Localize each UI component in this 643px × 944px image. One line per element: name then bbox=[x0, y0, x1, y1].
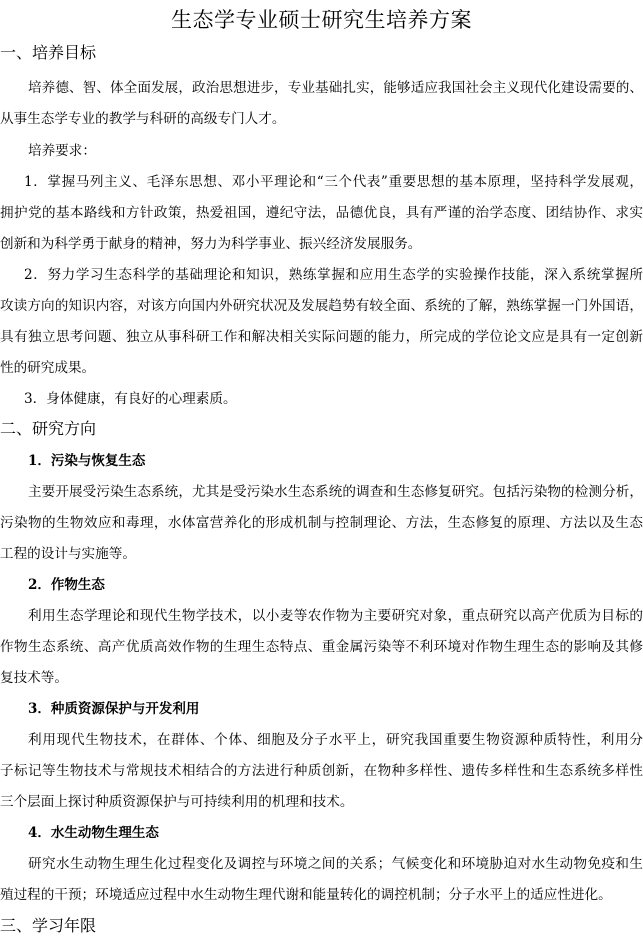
direction-title: 2．作物生态 bbox=[28, 575, 105, 595]
requirement-line: 1．掌握马列主义、毛泽东思想、邓小平理论和“三个代表”重要思想的基本原理，坚持科… bbox=[24, 172, 643, 192]
requirement-line: 2．努力学习生态科学的基础理论和知识，熟练掌握和应用生态学的实验操作技能，深入系… bbox=[24, 265, 643, 285]
direction-title: 4．水生动物生理生态 bbox=[28, 823, 159, 843]
direction-title: 1．污染与恢复生态 bbox=[28, 451, 145, 471]
requirement-line: 性的研究成果。 bbox=[0, 358, 643, 378]
direction-line: 复技术等。 bbox=[0, 668, 643, 688]
direction-line: 作物生态系统、高产优质高效作物的生理生态特点、重金属污染等不利环境对作物生理生态… bbox=[0, 637, 643, 657]
document-title: 生态学专业硕士研究生培养方案 bbox=[0, 6, 643, 34]
section-heading-duration: 三、学习年限 bbox=[0, 915, 96, 937]
direction-line: 研究水生动物生理生化过程变化及调控与环境之间的关系；气候变化和环境胁迫对水生动物… bbox=[28, 854, 643, 874]
requirement-line: 3．身体健康，有良好的心理素质。 bbox=[24, 389, 643, 409]
direction-line: 利用现代生物技术，在群体、个体、细胞及分子水平上，研究我国重要生物资源种质特性，… bbox=[28, 730, 643, 750]
section-heading-goals: 一、培养目标 bbox=[0, 42, 96, 64]
section-heading-directions: 二、研究方向 bbox=[0, 418, 96, 440]
requirement-line: 创新和为科学勇于献身的精神，努力为科学事业、振兴经济发展服务。 bbox=[0, 234, 643, 254]
direction-line: 污染物的生物效应和毒理，水体富营养化的形成机制与控制理论、方法，生态修复的原理、… bbox=[0, 513, 643, 533]
requirement-line: 拥护党的基本路线和方针政策，热爱祖国，遵纪守法，品德优良，具有严谨的治学态度、团… bbox=[0, 203, 643, 223]
paragraph-line: 培养德、智、体全面发展，政治思想进步，专业基础扎实，能够适应我国社会主义现代化建… bbox=[28, 78, 643, 98]
direction-line: 殖过程的干预；环境适应过程中水生动物生理代谢和能量转化的调控机制；分子水平上的适… bbox=[0, 885, 643, 905]
requirement-line: 攻读方向的知识内容，对该方向国内外研究状况及发展趋势有较全面、系统的了解，熟练掌… bbox=[0, 296, 643, 316]
direction-line: 主要开展受污染生态系统，尤其是受污染水生态系统的调查和生态修复研究。包括污染物的… bbox=[28, 482, 643, 502]
document-page: 生态学专业硕士研究生培养方案 一、培养目标 培养德、智、体全面发展，政治思想进步… bbox=[0, 0, 643, 944]
requirement-line: 具有独立思考问题、独立从事科研工作和解决相关实际问题的能力，所完成的学位论文应是… bbox=[0, 327, 643, 347]
direction-line: 三个层面上探讨种质资源保护与可持续利用的机理和技术。 bbox=[0, 792, 643, 812]
requirements-label: 培养要求： bbox=[28, 141, 643, 161]
paragraph-line: 从事生态学专业的教学与科研的高级专门人才。 bbox=[0, 109, 643, 129]
direction-line: 利用生态学理论和现代生物学技术，以小麦等农作物为主要研究对象，重点研究以高产优质… bbox=[28, 606, 643, 626]
direction-line: 工程的设计与实施等。 bbox=[0, 544, 643, 564]
direction-title: 3．种质资源保护与开发利用 bbox=[28, 699, 199, 719]
direction-line: 子标记等生物技术与常规技术相结合的方法进行种质创新，在物种多样性、遗传多样性和生… bbox=[0, 761, 643, 781]
